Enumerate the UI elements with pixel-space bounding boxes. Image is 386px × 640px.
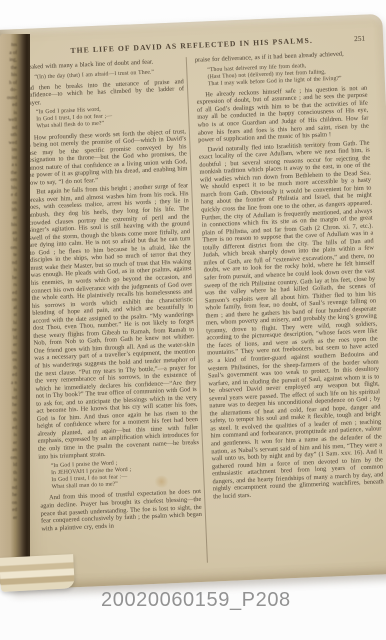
spine-text-fragment: wed [0,140,17,148]
spine-text-fragment: the [0,170,17,178]
paragraph: And then he breaks into the utterance of… [23,78,185,107]
paragraph: And from this mood of trustful expectati… [40,488,202,532]
spine-text-fragment: ith [0,207,17,215]
spine-text-fragment: er [0,440,17,448]
spine-text-fragment: he [0,492,17,500]
verse-quote: “In God I praise His word,In God I trust… [36,104,186,132]
spine-text-fragment: im [0,147,17,155]
spine-text-fragment: he [0,275,17,283]
spine-text-fragment: is [0,477,17,485]
spine-text-fragment: on [0,500,17,508]
spine-text-fragment: er [0,215,17,223]
spine-text-fragment: th [0,417,17,425]
spine-text-fragment: his [0,42,17,50]
spine-text-fragment: e d [0,192,17,200]
scanned-book-photo: THE LIFE OF DAVID AS REFLECTED IN HIS PS… [0,0,386,640]
spine-text-fragment: a n [0,380,17,388]
spine-text-fragment: nd [0,125,17,133]
spine-text-fragment: well [0,117,17,125]
spine-text-fragment: om [0,455,17,463]
spine-text-fragment: h of [0,80,17,88]
spine-text-fragment: on [0,297,17,305]
spine-text-fragment: nd [0,260,17,268]
spine-text-fragment: his [0,72,17,80]
spine-text-fragment: nd [0,395,17,403]
spine-text-fragment: int [0,155,17,163]
spine-text-fragment: do- [0,87,17,95]
spine-strip: hisa ofing,thehish ofdo-oundediswellndut… [0,34,30,586]
spine-text-fragment: ld [0,462,17,470]
spine-text-fragment: hi [0,320,17,328]
spine-text-fragment: te [0,252,17,260]
spine-text-fragment: ld [0,237,17,245]
spine-text-fragment: th [0,470,17,478]
spine-text-fragment: uth [0,132,17,140]
spine-text-fragment: the [0,65,17,73]
spine-text-fragment: on [0,410,17,418]
spine-text-fragment: his [0,185,17,193]
spine-text-fragment: nd [0,485,17,493]
paragraph: How profoundly these words set forth the… [25,128,188,188]
spine-text-fragment: ed [0,290,17,298]
spine-text-fragment: a of [0,50,17,58]
page-edge-stack [0,554,75,592]
spine-text-fragment: is [0,110,17,118]
spine-text-fragment: on [0,200,17,208]
spine-text-fragment: an [0,447,17,455]
spine-text-fragment: ld [0,335,17,343]
page-number: 251 [354,34,365,43]
spine-text-fragment: ed [0,425,17,433]
spine-text-fragment: an [0,230,17,238]
spine-text-fragment: is [0,267,17,275]
spine-text-fragment: ing, [0,57,17,65]
text-columns: streaked with many a black line of doubt… [0,46,386,571]
spine-text-fragment: er [0,342,17,350]
spine-text-fragment: his [0,222,17,230]
spine-text-fragment: he [0,402,17,410]
spine-text-fragment: is [0,432,17,440]
right-column: praise for deliverance, as if it had bee… [186,50,386,563]
paragraph: He already reckons himself safe ; his qu… [196,84,369,144]
book-page: THE LIFE OF DAVID AS REFLECTED IN HIS PS… [0,14,386,590]
spine-text-fragment: st [0,312,17,320]
spine-text-fragment: er [0,515,17,523]
gutter-shadow [21,34,30,586]
spine-text-fragment: ound [0,95,17,103]
spine-text-fragment: a s [0,162,17,170]
spine-text-fragment: is [0,387,17,395]
spine-text-fragment: al [0,305,17,313]
verse-quote: “In God I praise the Word ;In JEHOVAH I … [51,457,201,492]
spine-text-fragment: ed [0,372,17,380]
spine-text-fragment: im [0,350,17,358]
spine-text-fragment: rs [0,282,17,290]
spine-text-fragment: th [0,365,17,373]
spine-text-fragment: os [0,357,17,365]
spine-text-fragment: ed [0,102,17,110]
paragraph: But again he falls from this height ; an… [27,183,199,461]
left-column: streaked with many a black line of doubt… [22,57,204,569]
spine-text-fragment: om [0,177,17,185]
spine-text-fragment: ne [0,327,17,335]
spine-text: hisa ofing,thehish ofdo-oundediswellndut… [0,42,17,522]
paragraph: David naturally fled into Israelitish te… [198,139,384,501]
scan-label: 20020060159_P208 [101,589,291,612]
spine-text-fragment: om [0,245,17,253]
spine-text-fragment: ed [0,507,17,515]
verse-quote: “Thou hast delivered my life from death,… [207,60,367,88]
